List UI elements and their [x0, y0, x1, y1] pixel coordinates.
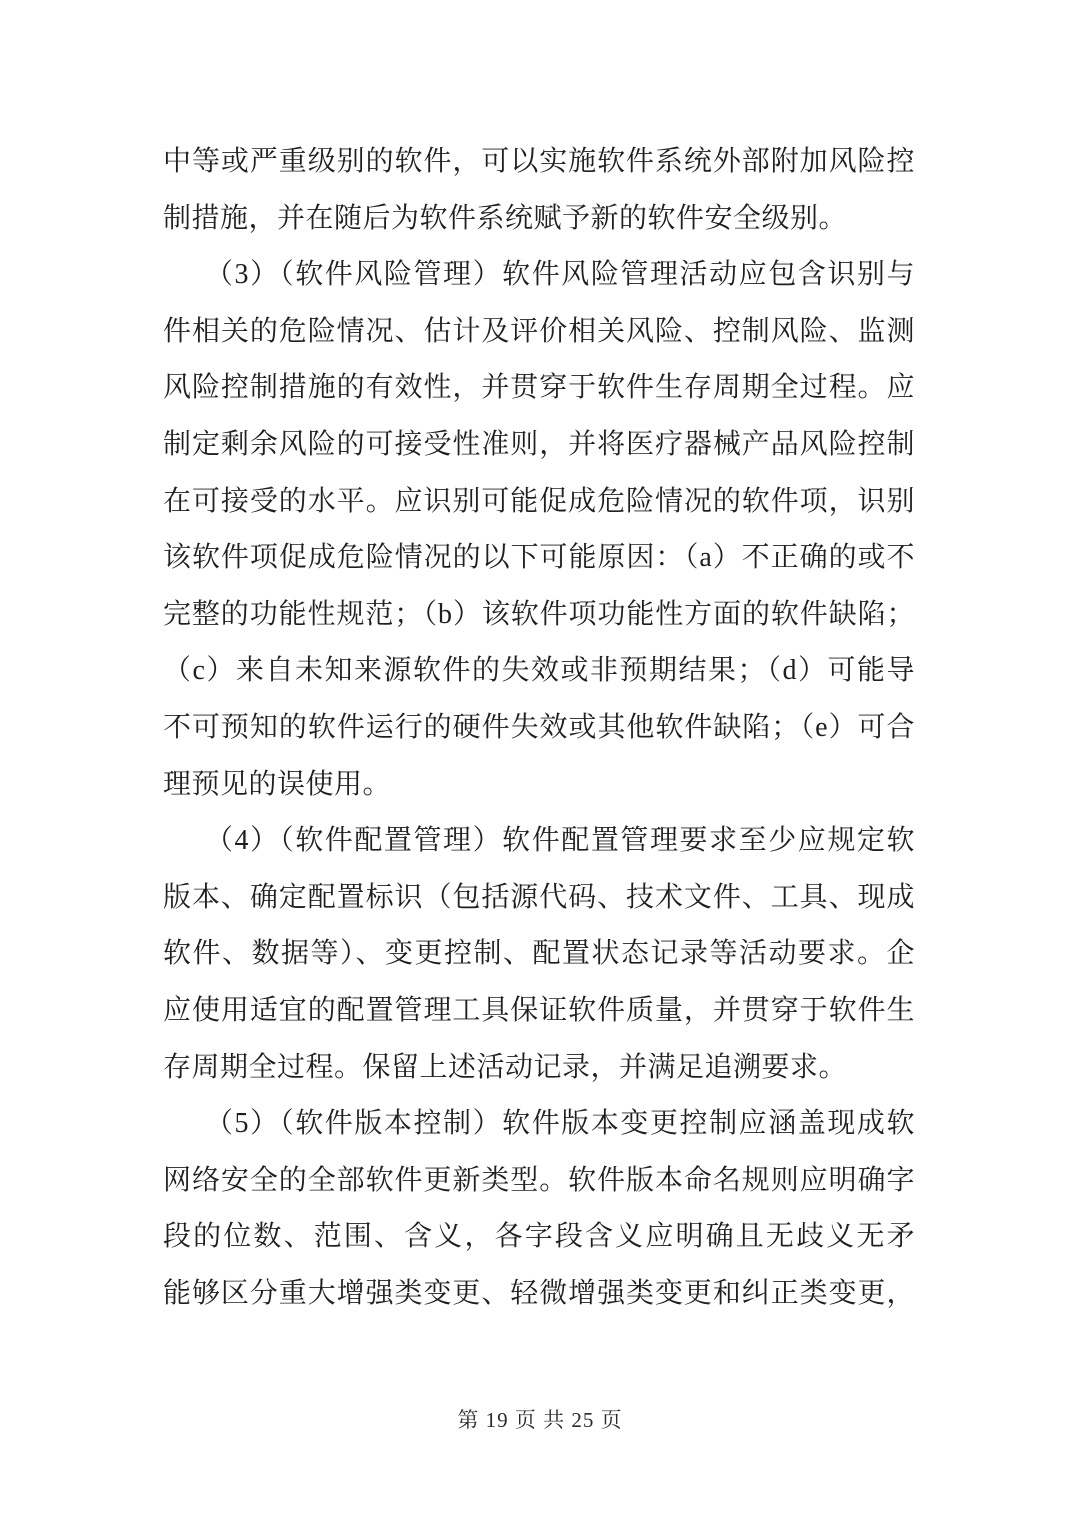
text-line: 段的位数、范围、含义，各字段含义应明确且无歧义无矛盾， [163, 1209, 915, 1266]
paragraph: （4）（软件配置管理）软件配置管理要求至少应规定软件版本、确定配置标识（包括源代… [163, 813, 915, 1096]
text-line: （c）来自未知来源软件的失效或非预期结果；（d）可能导致 [163, 643, 915, 700]
text-line: 件相关的危险情况、估计及评价相关风险、控制风险、监测 [163, 304, 915, 361]
text-line: 风险控制措施的有效性，并贯穿于软件生存周期全过程。应 [163, 360, 915, 417]
text-line: 软件、数据等）、变更控制、配置状态记录等活动要求。企业 [163, 926, 915, 983]
document-body: 中等或严重级别的软件，可以实施软件系统外部附加风险控制措施，并在随后为软件系统赋… [163, 134, 915, 1322]
text-line: 存周期全过程。保留上述活动记录，并满足追溯要求。 [163, 1040, 915, 1097]
paragraph: 中等或严重级别的软件，可以实施软件系统外部附加风险控制措施，并在随后为软件系统赋… [163, 134, 915, 247]
text-line: 网络安全的全部软件更新类型。软件版本命名规则应明确字 [163, 1153, 915, 1210]
text-line: 应使用适宜的配置管理工具保证软件质量，并贯穿于软件生 [163, 983, 915, 1040]
text-line: 能够区分重大增强类变更、轻微增强类变更和纠正类变更， [163, 1266, 915, 1323]
document-page: 中等或严重级别的软件，可以实施软件系统外部附加风险控制措施，并在随后为软件系统赋… [0, 0, 1080, 1527]
text-line: 不可预知的软件运行的硬件失效或其他软件缺陷；（e）可合 [163, 700, 915, 757]
text-line: （3）（软件风险管理）软件风险管理活动应包含识别与软 [163, 247, 915, 304]
text-line: 制定剩余风险的可接受性准则，并将医疗器械产品风险控制 [163, 417, 915, 474]
text-line: （5）（软件版本控制）软件版本变更控制应涵盖现成软件、 [163, 1096, 915, 1153]
paragraph: （3）（软件风险管理）软件风险管理活动应包含识别与软件相关的危险情况、估计及评价… [163, 247, 915, 813]
text-line: 理预见的误使用。 [163, 757, 915, 814]
text-line: 在可接受的水平。应识别可能促成危险情况的软件项，识别 [163, 474, 915, 531]
paragraph: （5）（软件版本控制）软件版本变更控制应涵盖现成软件、网络安全的全部软件更新类型… [163, 1096, 915, 1322]
text-line: 该软件项促成危险情况的以下可能原因：（a）不正确的或不 [163, 530, 915, 587]
text-line: （4）（软件配置管理）软件配置管理要求至少应规定软件 [163, 813, 915, 870]
text-line: 版本、确定配置标识（包括源代码、技术文件、工具、现成 [163, 870, 915, 927]
text-line: 完整的功能性规范；（b）该软件项功能性方面的软件缺陷； [163, 587, 915, 644]
text-line: 中等或严重级别的软件，可以实施软件系统外部附加风险控 [163, 134, 915, 191]
text-line: 制措施，并在随后为软件系统赋予新的软件安全级别。 [163, 191, 915, 248]
page-number-footer: 第 19 页 共 25 页 [0, 1405, 1080, 1435]
